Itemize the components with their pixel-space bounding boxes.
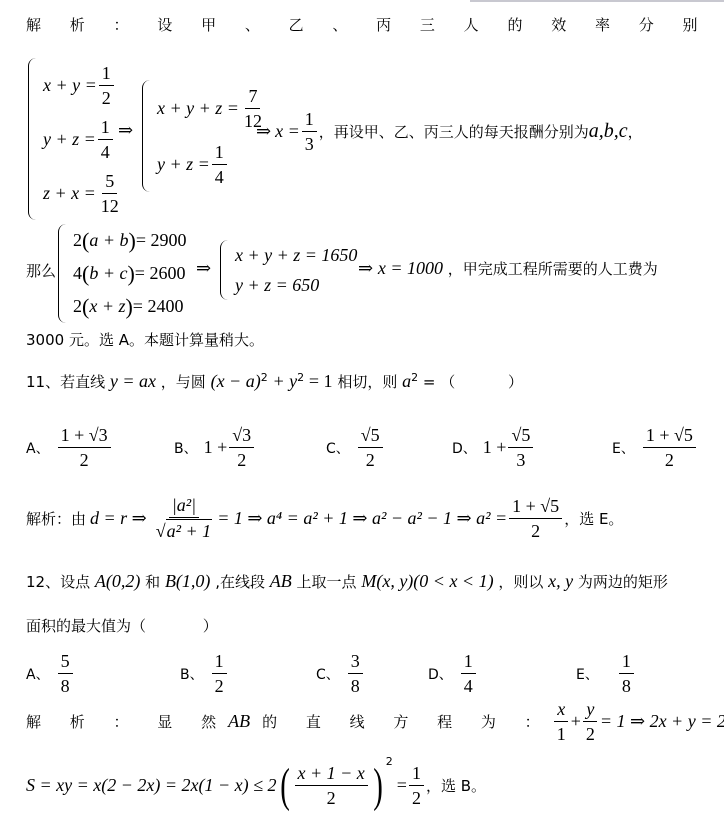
implies-arrow: ⇒ bbox=[196, 258, 211, 279]
page-edge-line bbox=[470, 0, 724, 2]
conclusion-text-2: 3000 元。选 A。本题计算量稍大。 bbox=[26, 329, 264, 350]
q12-stem: 12、设点 A(0,2) 和 B(1,0) ,在线段 AB 上取一点 M(x, … bbox=[26, 571, 668, 592]
eq-lhs: z + x = bbox=[43, 183, 96, 204]
q12-option-a[interactable]: A、58 bbox=[26, 650, 75, 697]
q11-option-b[interactable]: B、1 +√32 bbox=[174, 424, 256, 471]
brace-icon bbox=[58, 224, 69, 323]
q12-option-e[interactable]: E、18 bbox=[576, 650, 636, 697]
q12-option-c[interactable]: C、38 bbox=[316, 650, 365, 697]
pay-vars: a,b,c bbox=[589, 120, 628, 143]
q12-option-b[interactable]: B、12 bbox=[180, 650, 229, 697]
equation-system-2: x + y + z =712 y + z =14 bbox=[142, 80, 267, 192]
fraction: 14 bbox=[98, 116, 113, 163]
eq-lhs: y + z = bbox=[157, 154, 210, 175]
eq-lhs: x + y = bbox=[43, 75, 97, 96]
q12-option-d[interactable]: D、14 bbox=[428, 650, 478, 697]
eq-lhs: y + z = bbox=[43, 129, 96, 150]
q12-solution-line1: 解 析 ： 显 然 AB 的 直 线 方 程 为 ： x1 + y2 = 1 ⇒… bbox=[26, 698, 724, 745]
brace-icon bbox=[142, 80, 153, 192]
q11-option-c[interactable]: C、√52 bbox=[326, 424, 385, 471]
implies-arrow: ⇒ bbox=[118, 120, 133, 141]
fraction: 512 bbox=[98, 170, 122, 217]
brace-icon bbox=[28, 58, 39, 220]
result-x-line: ⇒ x = 13 ，再设甲、乙、丙三人的每天报酬分别为 a,b,c ， bbox=[256, 108, 643, 155]
implies-arrow: ⇒ bbox=[358, 258, 373, 278]
q11-option-d[interactable]: D、1 +√53 bbox=[452, 424, 535, 471]
eq-lhs: x + y + z = bbox=[157, 98, 239, 119]
then-label: 那么 bbox=[26, 260, 56, 281]
fraction: 12 bbox=[99, 62, 114, 109]
result-x: x = 1000 bbox=[378, 258, 443, 278]
continue-text: ，再设甲、乙、丙三人的每天报酬分别为 bbox=[319, 121, 589, 142]
result-line-2: ⇒ x = 1000 ，甲完成工程所需要的人工费为 bbox=[358, 258, 658, 279]
equation-system-3: 2(a + b)= 2900 4(b + c)= 2600 2(x + z)= … bbox=[58, 224, 186, 323]
conclusion-text: ，甲完成工程所需要的人工费为 bbox=[448, 260, 658, 278]
fraction: 13 bbox=[302, 108, 317, 155]
equation-system-4: x + y + z = 1650 y + z = 650 bbox=[220, 240, 357, 300]
comma: ， bbox=[628, 121, 643, 142]
implies-arrow: ⇒ bbox=[256, 121, 271, 142]
q11-stem: 11、若直线 y = ax ，与圆 (x − a)2 + y2 = 1 相切，则… bbox=[26, 371, 523, 392]
left-paren-icon: ( bbox=[280, 758, 290, 813]
q11-solution: 解析：由 d = r ⇒ |a²|√a² + 1 = 1 ⇒ a⁴ = a² +… bbox=[26, 494, 623, 542]
q10-solution-intro: 解 析 ： 设 甲 、 乙 、 丙 三 人 的 效 率 分 别 为 x,y,z … bbox=[26, 14, 724, 35]
fraction: 14 bbox=[212, 141, 227, 188]
q12-solution-line2: S = xy = x(2 − 2x) = 2x(1 − x) ≤ 2 ( x +… bbox=[26, 758, 486, 813]
right-paren-icon: ) bbox=[373, 758, 383, 813]
intro-prefix: 解 析 ： 设 甲 、 乙 、 丙 三 人 的 效 率 分 别 为 bbox=[26, 16, 724, 34]
brace-icon bbox=[220, 240, 231, 300]
q11-option-e[interactable]: E、1 + √52 bbox=[612, 424, 698, 471]
q12-stem-line2: 面积的最大值为（ ） bbox=[26, 615, 218, 636]
eq-lhs: x = bbox=[275, 121, 300, 142]
q11-option-a[interactable]: A、1 + √32 bbox=[26, 424, 113, 471]
equation-system-1: x + y =12 y + z =14 z + x =512 bbox=[28, 58, 124, 220]
